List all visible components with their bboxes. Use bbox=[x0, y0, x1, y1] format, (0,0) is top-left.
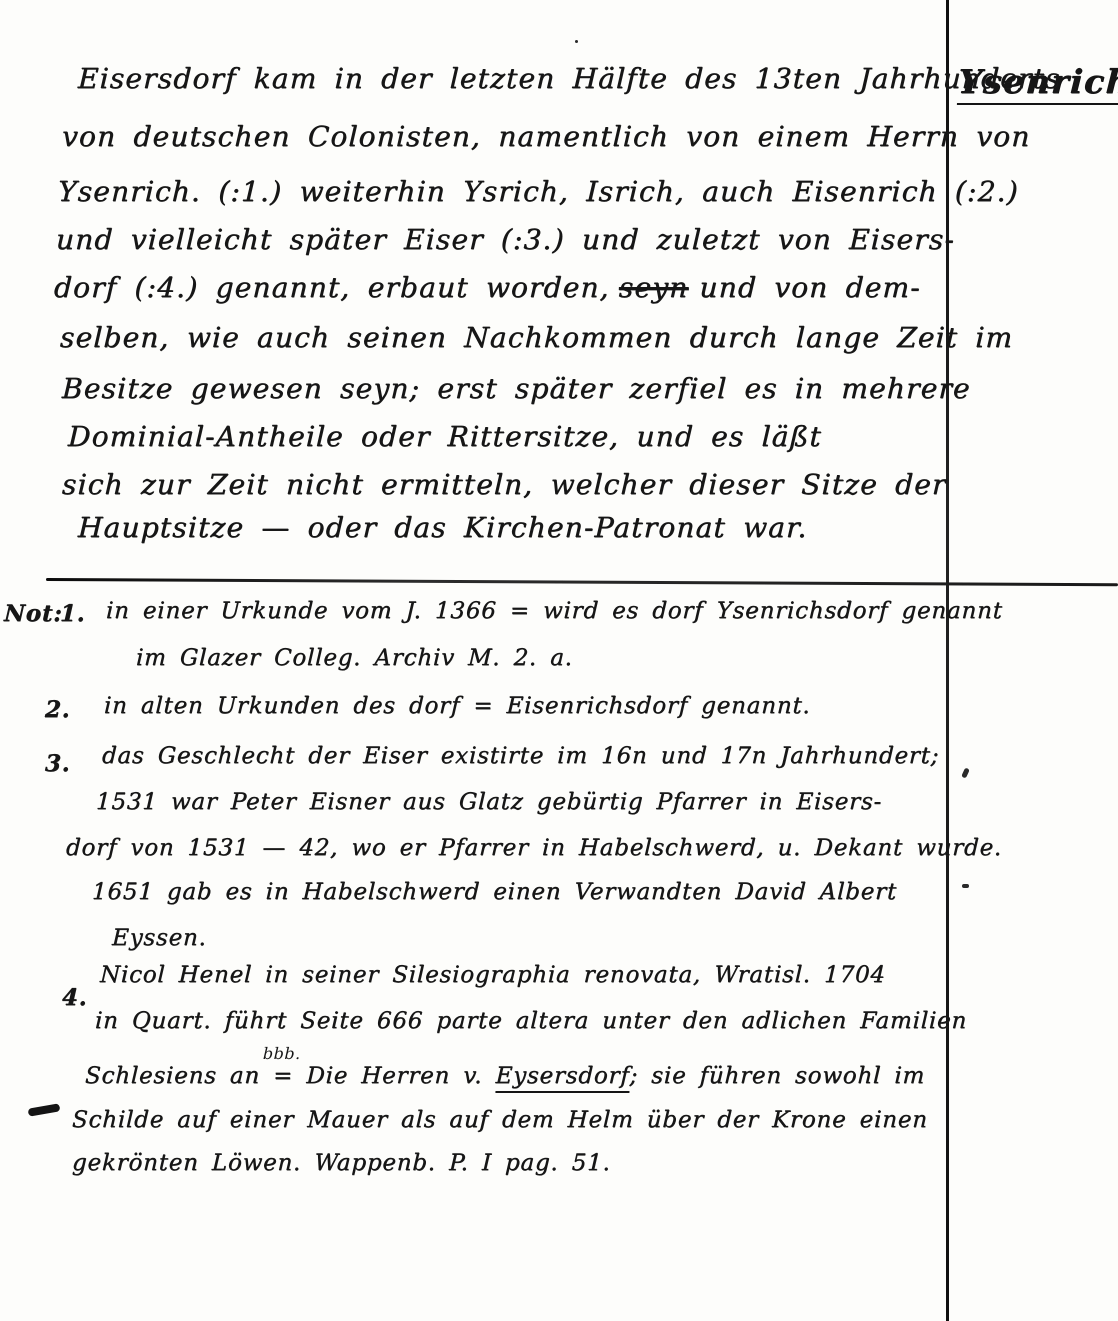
note-line: 1651 gab es in Habelschwerd einen Verwan… bbox=[92, 879, 898, 905]
paragraph-line: sich zur Zeit nicht ermitteln, welcher d… bbox=[61, 468, 947, 501]
margin-dash-mark bbox=[28, 1103, 61, 1116]
underlined-name: Eysersdorf bbox=[495, 1063, 630, 1093]
note-line: Eyssen. bbox=[112, 925, 208, 951]
line-segment: Schlesiens an = Die Herren v. bbox=[85, 1063, 483, 1089]
note-number: 4. bbox=[62, 984, 89, 1011]
note-line-with-underline: Schlesiens an = Die Herren v. Eysersdorf… bbox=[85, 1063, 926, 1089]
note-line: dorf von 1531 — 42, wo er Pfarrer in Hab… bbox=[66, 835, 1003, 861]
paragraph-line: Besitze gewesen seyn; erst später zerfie… bbox=[61, 372, 971, 405]
note-line: Nicol Henel in seiner Silesiographia ren… bbox=[100, 962, 887, 988]
struck-word: seyn bbox=[618, 271, 689, 304]
note-line: in Quart. führt Seite 666 parte altera u… bbox=[95, 1008, 968, 1034]
note-line: in einer Urkunde vom J. 1366 = wird es d… bbox=[106, 598, 1004, 624]
notes-section-label: Not: bbox=[4, 600, 64, 627]
line-segment: dorf (:4.) genannt, erbaut worden, bbox=[53, 271, 610, 304]
ink-speck bbox=[961, 767, 970, 778]
paragraph-line: Ysenrich. (:1.) weiterhin Ysrich, Isrich… bbox=[57, 175, 1019, 208]
paragraph-line: Eisersdorf kam in der letzten Hälfte des… bbox=[61, 62, 1061, 95]
ink-speck bbox=[575, 40, 578, 43]
line-segment: und von dem- bbox=[699, 271, 922, 304]
manuscript-page: Ysenrich. Eisersdorf kam in der letzten … bbox=[0, 0, 1118, 1321]
note-number: 2. bbox=[45, 696, 72, 723]
note-line: Schilde auf einer Mauer als auf dem Helm… bbox=[72, 1107, 929, 1133]
note-number: 3. bbox=[45, 750, 72, 777]
paragraph-line: von deutschen Colonisten, namentlich von… bbox=[61, 120, 1031, 153]
note-line: 1531 war Peter Eisner aus Glatz gebürtig… bbox=[96, 789, 883, 815]
note-line: gekrönten Löwen. Wappenb. P. I pag. 51. bbox=[72, 1150, 612, 1176]
paragraph-line: Hauptsitze — oder das Kirchen-Patronat w… bbox=[61, 511, 808, 544]
paragraph-line-with-strikeout: dorf (:4.) genannt, erbaut worden,seynun… bbox=[53, 271, 921, 304]
paragraph-line: und vielleicht später Eiser (:3.) und zu… bbox=[55, 223, 955, 256]
note-line: im Glazer Colleg. Archiv M. 2. a. bbox=[136, 645, 574, 671]
line-segment: ; sie führen sowohl im bbox=[629, 1063, 925, 1089]
horizontal-separator-rule bbox=[46, 578, 1118, 586]
note-line: das Geschlecht der Eiser existirte im 16… bbox=[102, 743, 940, 769]
note-line: in alten Urkunden des dorf = Eisenrichsd… bbox=[104, 693, 812, 719]
paragraph-line: Dominial-Antheile oder Rittersitze, und … bbox=[67, 420, 822, 453]
interlinear-correction: bbb. bbox=[263, 1044, 301, 1063]
paragraph-line: selben, wie auch seinen Nachkommen durch… bbox=[59, 321, 1013, 354]
ink-speck bbox=[962, 884, 969, 888]
note-number: 1. bbox=[60, 600, 87, 627]
